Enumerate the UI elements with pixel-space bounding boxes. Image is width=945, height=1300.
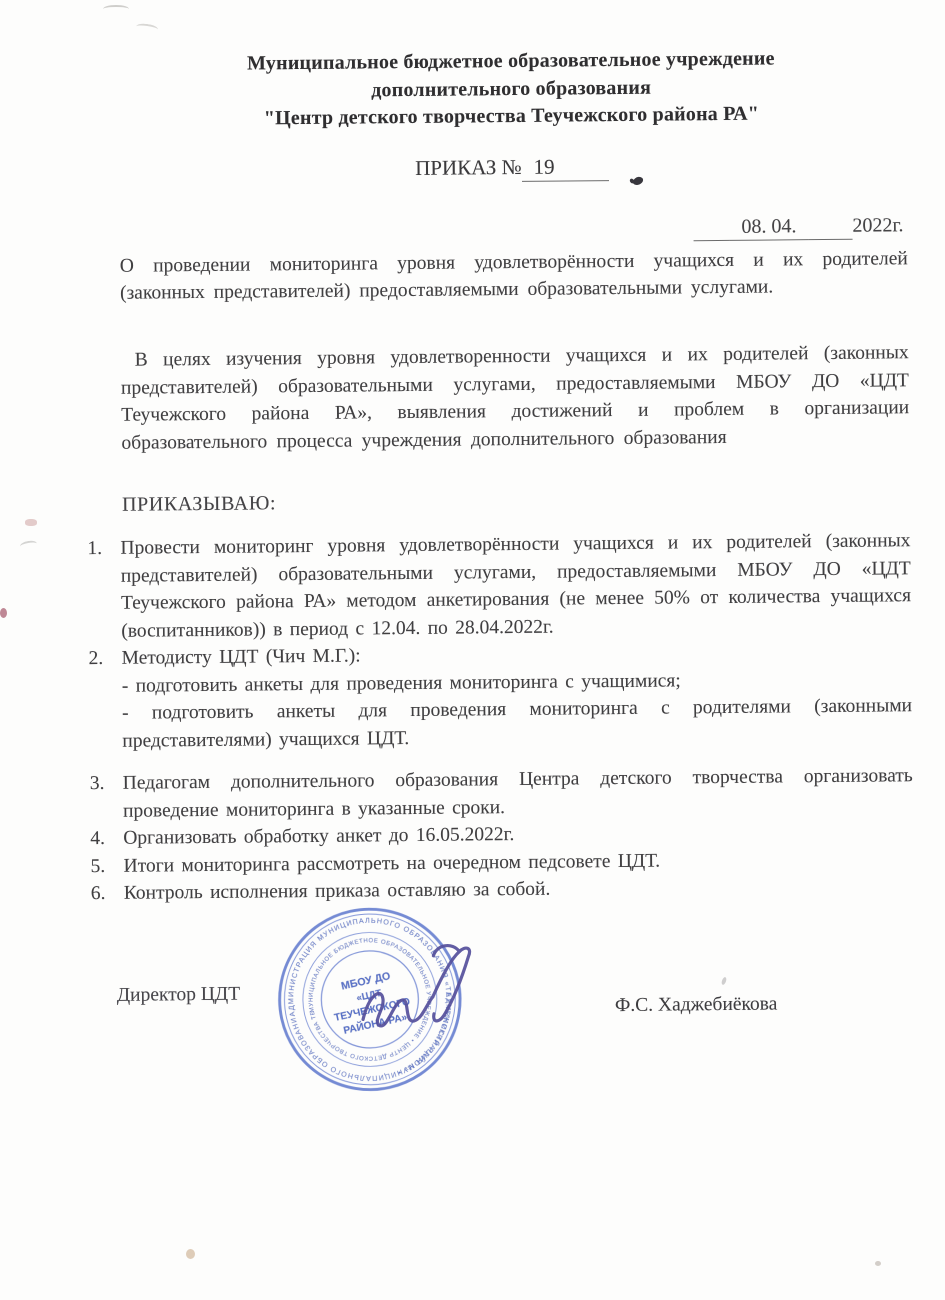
scan-speck	[25, 519, 37, 526]
date-line: 08. 04.2022г.	[117, 214, 907, 247]
year-value: 2022г.	[852, 214, 903, 236]
signature-position-label: Директор ЦДТ	[117, 984, 241, 1007]
order-list: 1. Провести мониторинг уровня удовлетвор…	[120, 527, 914, 907]
scan-speck	[103, 5, 129, 13]
list-item-number: 5.	[90, 852, 120, 880]
list-item-number: 6.	[91, 880, 121, 908]
organization-header: Муниципальное бюджетное образовательное …	[116, 44, 907, 134]
list-item: 1. Провести мониторинг уровня удовлетвор…	[120, 527, 911, 645]
order-title-label: ПРИКАЗ №	[415, 155, 522, 180]
scan-speck	[19, 540, 37, 551]
list-item-text: Провести мониторинг уровня удовлетворённ…	[120, 527, 911, 645]
scan-speck	[0, 608, 7, 618]
list-item-number: 4.	[90, 825, 120, 853]
list-item-text: Методисту ЦДТ (Чич М.Г.): - подготовить …	[121, 637, 912, 755]
list-item-number: 3.	[90, 770, 120, 798]
order-subject: О проведении мониторинга уровня удовлетв…	[120, 245, 908, 307]
directive-heading: ПРИКАЗЫВАЮ:	[122, 492, 276, 516]
date-value: 08. 04.	[729, 215, 808, 241]
list-item: 3. Педагогам дополнительного образования…	[123, 762, 913, 825]
date-blank-line-mid	[808, 218, 852, 240]
list-item-number: 1.	[87, 535, 117, 563]
scan-speck	[875, 1261, 881, 1266]
list-item-text: Педагогам дополнительного образования Це…	[123, 762, 913, 825]
handwritten-signature	[346, 936, 495, 1055]
document-page: Муниципальное бюджетное образовательное …	[0, 0, 945, 1300]
list-item: 2. Методисту ЦДТ (Чич М.Г.): - подготови…	[121, 637, 912, 755]
order-title: ПРИКАЗ №19	[117, 151, 907, 186]
order-preamble: В целях изучения уровня удовлетворенност…	[121, 339, 910, 457]
order-number: 19	[521, 154, 566, 181]
signature-name: Ф.С. Хаджебиёкова	[615, 994, 778, 1018]
order-number-blank-line	[567, 157, 609, 181]
scan-speck	[186, 1249, 195, 1259]
list-item-number: 2.	[88, 645, 118, 673]
date-blank-line-left	[693, 219, 729, 241]
document-content: Муниципальное бюджетное образовательное …	[115, 0, 917, 1300]
